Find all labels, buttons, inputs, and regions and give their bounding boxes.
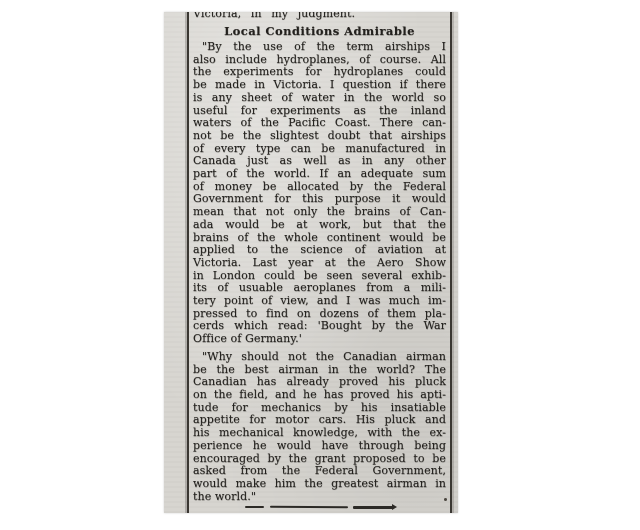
article-subheading: Local Conditions Admirable [193, 25, 446, 38]
dash-segment [270, 506, 348, 508]
newspaper-clipping: Victoria, in my judgment. Local Conditio… [164, 12, 458, 513]
dash-rule-arrow [392, 504, 397, 510]
article-line: ada would be at work, but that the [193, 219, 446, 232]
end-dash-rule [245, 505, 417, 509]
cutoff-line: Victoria, in my judgment. [193, 12, 446, 21]
article-line: "By the use of the term airships I [193, 41, 446, 54]
ink-speck [444, 498, 447, 501]
article-line: on the field, and he has proved his apti… [193, 389, 446, 402]
article-line: tery point of view, and I was much im- [193, 295, 446, 308]
article-line: perience he would have through being [193, 440, 446, 453]
article-line: Victoria. Last year at the Aero Show [193, 257, 446, 270]
article-column: Victoria, in my judgment. Local Conditio… [193, 12, 446, 503]
article-line: be made in Victoria. I question if there [193, 79, 446, 92]
paragraph: "By the use of the term airships Ialso i… [193, 41, 446, 346]
article-line: the world." [193, 491, 446, 504]
left-column-rule [187, 12, 189, 513]
article-line: asked from the Federal Government, [193, 465, 446, 478]
article-line: his mechanical knowledge, with the ex- [193, 427, 446, 440]
dash-segment [353, 506, 393, 509]
article-line: part of the world. If an adequate sum [193, 168, 446, 181]
paragraph: "Why should not the Canadian airmanbe th… [193, 351, 446, 503]
article-line: not be the slightest doubt that airships [193, 130, 446, 143]
article-line: would make him the greatest airman in [193, 478, 446, 491]
article-line: Office of Germany.' [193, 333, 446, 346]
right-column-rule [450, 12, 452, 513]
dash-segment [245, 506, 264, 508]
article-line: is any sheet of water in the world so [193, 92, 446, 105]
cutoff-line-wrap: Victoria, in my judgment. [193, 12, 446, 21]
article-line: mean that not only the brains of Can- [193, 206, 446, 219]
article-line: "Why should not the Canadian airman [193, 351, 446, 364]
